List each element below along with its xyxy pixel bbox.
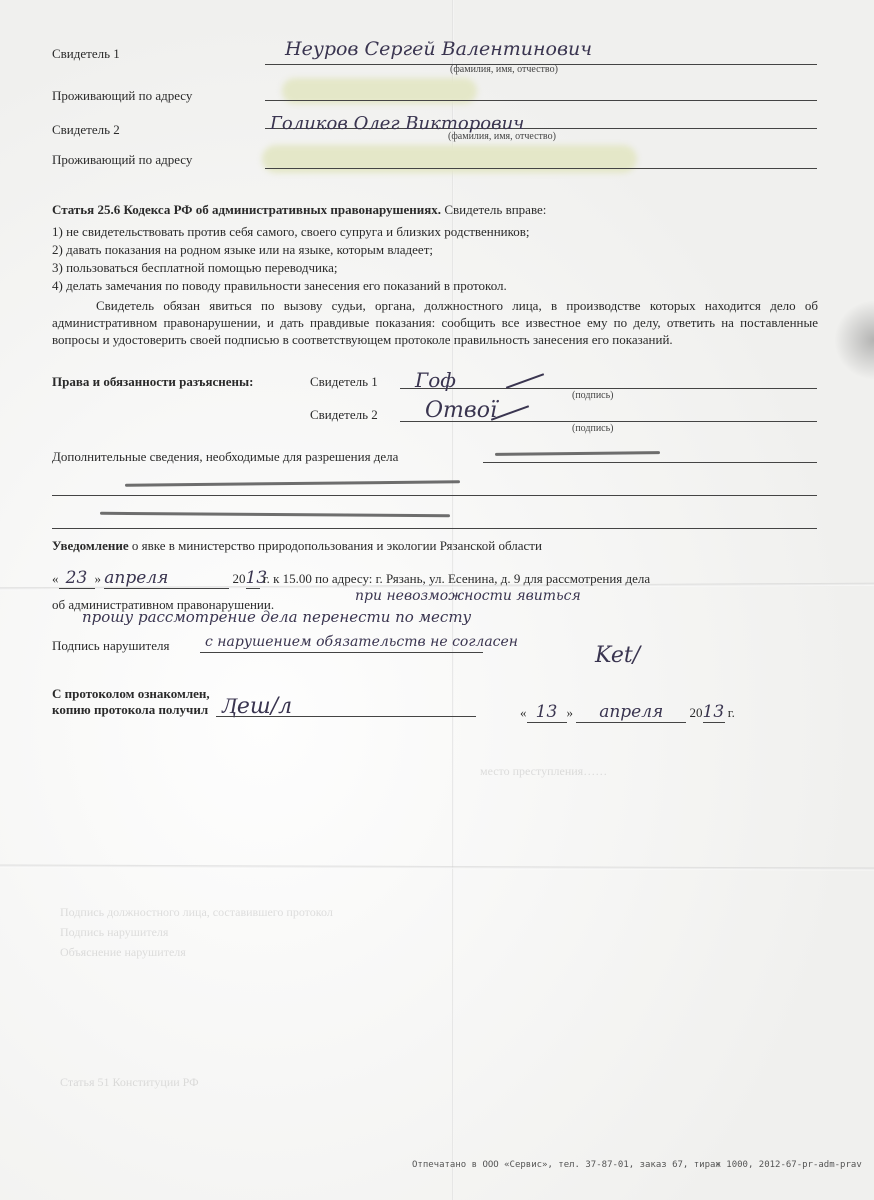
witness2-signature: Отвої <box>425 398 497 423</box>
paper-fold-horizontal <box>0 864 874 870</box>
scan-smudge <box>834 300 874 380</box>
article-heading-rest: Свидетель вправе: <box>441 202 546 217</box>
bleed-through-text: Статья 51 Конституции РФ <box>60 1075 199 1090</box>
right-item: 2) давать показания на родном языке или … <box>52 242 433 258</box>
document-page: место преступления…… Подпись должностног… <box>0 0 874 1200</box>
bleed-through-text: Объяснение нарушителя <box>60 945 186 960</box>
handwritten-note-2: прошу рассмотрение дела перенести по мес… <box>82 608 471 626</box>
notice-date-row: «23» апреля 2013 г. к 15.00 по адресу: г… <box>52 568 650 589</box>
notice-year-prefix: 20 <box>233 571 246 586</box>
bleed-through-text: Подпись должностного лица, составившего … <box>60 905 333 920</box>
violator-signature-label: Подпись нарушителя <box>52 638 169 654</box>
handwritten-note-1: при невозможности явиться <box>355 588 581 604</box>
witness1-name-handwritten: Неуров Сергей Валентинович <box>285 38 592 60</box>
scribble-strikeout <box>125 480 460 487</box>
ack-line2: копию протокола получил <box>52 702 208 718</box>
scribble-strikeout <box>495 451 660 456</box>
violator-signature-line <box>200 652 483 653</box>
bleed-through-text: Подпись нарушителя <box>60 925 168 940</box>
witness-duty-paragraph: Свидетель обязан явиться по вызову судьи… <box>52 297 818 348</box>
notice-heading: Уведомление о явке в министерство природ… <box>52 538 542 554</box>
right-item: 3) пользоваться бесплатной помощью перев… <box>52 260 338 276</box>
notice-day: 23 <box>59 568 95 589</box>
article-heading-bold: Статья 25.6 Кодекса РФ об административн… <box>52 202 441 217</box>
right-item: 1) не свидетельствовать против себя само… <box>52 224 530 240</box>
witness2-address-label: Проживающий по адресу <box>52 152 192 168</box>
additional-info-line <box>52 528 817 529</box>
ack-year-prefix: 20 <box>690 705 703 720</box>
signature-hint: (подпись) <box>572 423 614 434</box>
witness1-signature: Гоф <box>415 368 456 392</box>
additional-info-label: Дополнительные сведения, необходимые для… <box>52 449 398 465</box>
violator-signature: Ket/ <box>595 643 640 668</box>
witness1-label: Свидетель 1 <box>52 46 120 62</box>
ack-month: апреля <box>576 702 686 723</box>
ack-date-row: «13» апреля 2013 г. <box>520 702 735 723</box>
ack-signature: Ӆеш/л <box>222 693 292 719</box>
scribble-strikeout <box>100 512 450 517</box>
rights-witness2-label: Свидетель 2 <box>310 407 378 423</box>
print-footer: Отпечатано в ООО «Сервис», тел. 37-87-01… <box>412 1160 862 1170</box>
ack-year-tail: г. <box>728 705 735 720</box>
handwritten-note-3: с нарушением обязательств не согласен <box>205 634 518 650</box>
ack-year-suffix: 13 <box>703 702 725 723</box>
ack-line1: С протоколом ознакомлен, <box>52 686 210 702</box>
witness1-name-hint: (фамилия, имя, отчество) <box>450 64 558 75</box>
witness2-address-line <box>265 168 817 169</box>
notice-heading-rest: о явке в министерство природопользования… <box>129 538 542 553</box>
additional-info-line <box>483 462 817 463</box>
notice-year-suffix: 13 <box>246 568 260 589</box>
notice-time-address: г. к 15.00 по адресу: г. Рязань, ул. Есе… <box>263 571 650 586</box>
witness2-label: Свидетель 2 <box>52 122 120 138</box>
witness2-name-hint: (фамилия, имя, отчество) <box>448 131 556 142</box>
right-item: 4) делать замечания по поводу правильнос… <box>52 278 507 294</box>
notice-heading-bold: Уведомление <box>52 538 129 553</box>
rights-witness1-label: Свидетель 1 <box>310 374 378 390</box>
additional-info-line <box>52 495 817 496</box>
witness1-address-label: Проживающий по адресу <box>52 88 192 104</box>
witness1-address-line <box>265 100 817 101</box>
rights-explained-label: Права и обязанности разъяснены: <box>52 374 254 390</box>
bleed-through-text: место преступления…… <box>480 764 607 779</box>
rights-witness1-signature-line <box>400 388 817 389</box>
signature-stroke <box>506 373 544 389</box>
ack-day: 13 <box>527 702 567 723</box>
notice-month: апреля <box>104 568 229 589</box>
signature-hint: (подпись) <box>572 390 614 401</box>
article-heading: Статья 25.6 Кодекса РФ об административн… <box>52 202 546 218</box>
